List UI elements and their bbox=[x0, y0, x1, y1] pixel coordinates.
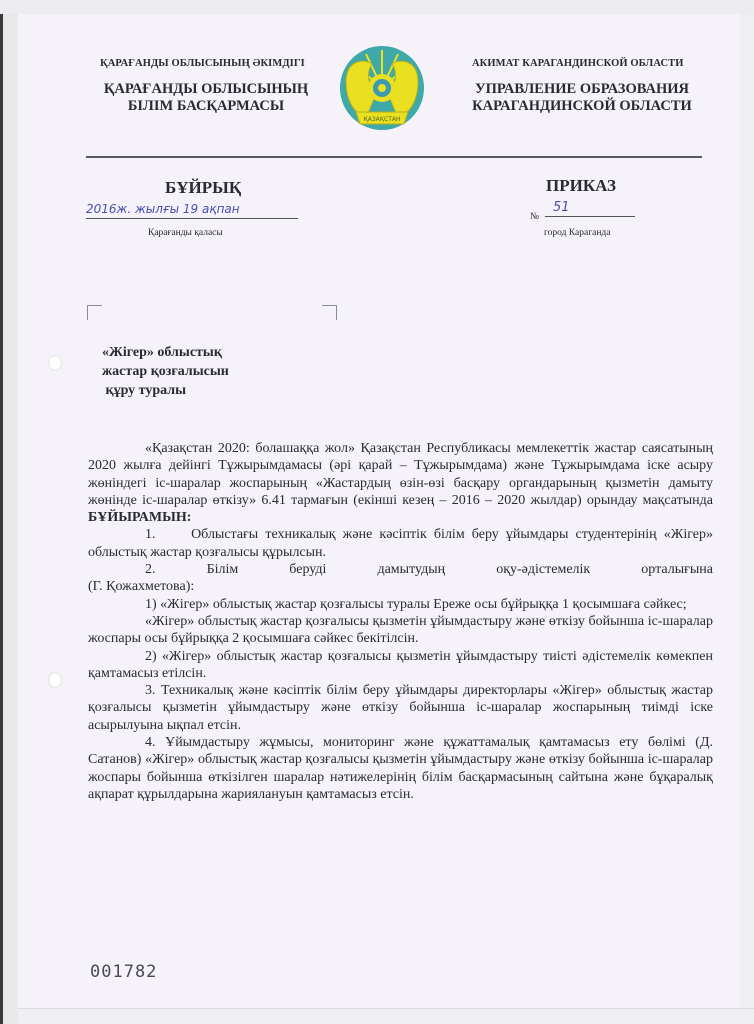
order-title: «Жігер» облыстық жастар қозғалысын құру … bbox=[102, 343, 229, 400]
punch-hole bbox=[48, 355, 62, 371]
city-russian: город Караганда bbox=[544, 228, 611, 238]
header-right-department: УПРАВЛЕНИЕ ОБРАЗОВАНИЯ КАРАГАНДИНСКОЙ ОБ… bbox=[462, 81, 702, 115]
header-right-akimat: АКИМАТ КАРАГАНДИНСКОЙ ОБЛАСТИ bbox=[472, 58, 684, 69]
item-2-header: 2. Білім беруді дамытудың оқу-әдістемелі… bbox=[88, 561, 713, 578]
preamble-line1: «Қазақстан 2020: болашаққа жол» Қазақста… bbox=[145, 441, 589, 456]
item-2-word: орталығына bbox=[641, 561, 713, 578]
serial-number: 001782 bbox=[90, 962, 157, 982]
handwritten-number: 51 bbox=[545, 200, 570, 215]
svg-text:ҚАЗАҚСТАН: ҚАЗАҚСТАН bbox=[363, 116, 400, 123]
scan-top-edge bbox=[0, 0, 754, 15]
header-divider bbox=[86, 156, 702, 158]
handwritten-date: 2016ж. жылғы 19 ақпан bbox=[86, 202, 240, 216]
item-2-word: дамытудың bbox=[377, 561, 445, 578]
item-1: 1. Облыстағы техникалық және кәсіптік бі… bbox=[88, 526, 713, 561]
kazakhstan-state-emblem-icon: ҚАЗАҚСТАН bbox=[336, 42, 428, 134]
header-left-department: ҚАРАҒАНДЫ ОБЛЫСЫНЫҢ БІЛІМ БАСҚАРМАСЫ bbox=[86, 81, 326, 115]
header-left-line1: ҚАРАҒАНДЫ ОБЛЫСЫНЫҢ bbox=[86, 81, 326, 98]
item-2-1b: «Жігер» облыстық жастар қозғалысы қызмет… bbox=[88, 613, 713, 648]
header-left-line2: БІЛІМ БАСҚАРМАСЫ bbox=[86, 98, 326, 115]
item-2-word: беруді bbox=[289, 561, 326, 578]
scan-left-strip bbox=[3, 14, 18, 1024]
item-3: 3. Техникалық және кәсіптік білім беру ұ… bbox=[88, 682, 713, 734]
item-2-word: Білім bbox=[207, 561, 239, 578]
title-line-3: құру туралы bbox=[102, 381, 229, 400]
order-number-field: 51 bbox=[545, 200, 635, 217]
item-2-word: оқу-әдістемелік bbox=[496, 561, 590, 578]
title-line-2: жастар қозғалысын bbox=[102, 362, 229, 381]
preamble: «Қазақстан 2020: болашаққа жол» Қазақста… bbox=[88, 440, 713, 526]
scan-bottom-edge bbox=[18, 1008, 754, 1024]
item-2-word: 2. bbox=[145, 561, 156, 578]
header-right-line2: КАРАГАНДИНСКОЙ ОБЛАСТИ bbox=[462, 98, 702, 115]
number-label: № bbox=[530, 212, 539, 222]
order-body: «Қазақстан 2020: болашаққа жол» Қазақста… bbox=[88, 440, 713, 803]
title-corner-mark-left bbox=[87, 305, 102, 320]
title-corner-mark-right bbox=[322, 305, 337, 320]
order-type-russian: ПРИКАЗ bbox=[546, 176, 616, 196]
decree-word: БҰЙЫРАМЫН: bbox=[88, 510, 191, 525]
punch-hole bbox=[48, 672, 62, 688]
order-date-field: 2016ж. жылғы 19 ақпан bbox=[86, 202, 298, 219]
item-2-2: 2) «Жігер» облыстық жастар қозғалысы қыз… bbox=[88, 648, 713, 683]
scan-right-edge bbox=[740, 14, 754, 1024]
item-4: 4. Ұйымдастыру жұмысы, мониторинг және қ… bbox=[88, 734, 713, 803]
title-line-1: «Жігер» облыстық bbox=[102, 343, 229, 362]
header-left-akimat: ҚАРАҒАНДЫ ОБЛЫСЫНЫҢ ӘКІМДІГІ bbox=[100, 58, 305, 69]
item-2-1: 1) «Жігер» облыстық жастар қозғалысы тур… bbox=[88, 596, 713, 613]
item-2-responsible: (Г. Қожахметова): bbox=[88, 578, 713, 595]
header-right-line1: УПРАВЛЕНИЕ ОБРАЗОВАНИЯ bbox=[462, 81, 702, 98]
city-kazakh: Қарағанды қаласы bbox=[148, 228, 223, 238]
order-type-kazakh: БҰЙРЫҚ bbox=[165, 178, 241, 198]
